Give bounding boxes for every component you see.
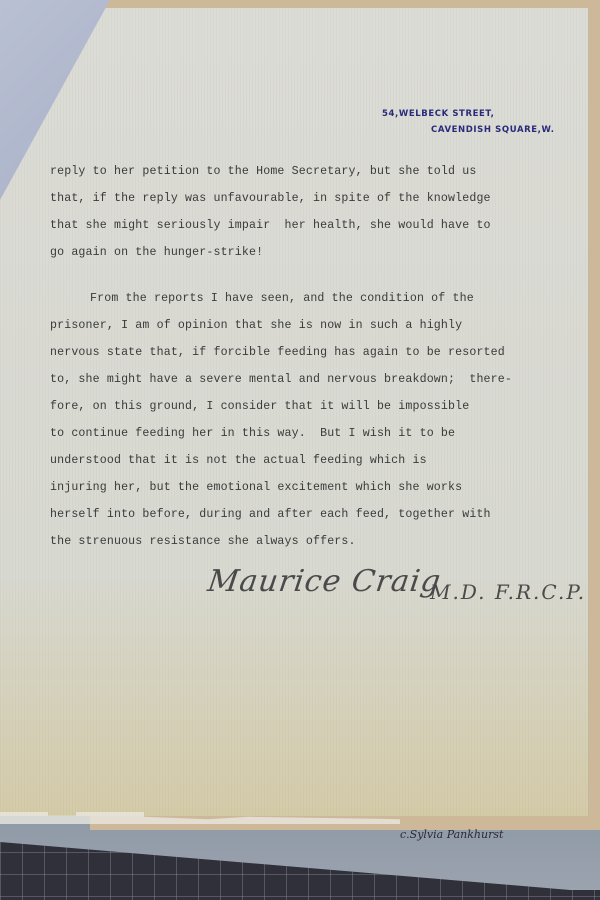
text-line: that, if the reply was unfavourable, in … — [50, 185, 590, 212]
text-line: nervous state that, if forcible feeding … — [50, 339, 590, 366]
text-line: From the reports I have seen, and the co… — [50, 285, 590, 312]
signature-credentials: M.D. F.R.C.P. — [430, 580, 586, 604]
letterhead-square: CAVENDISH SQUARE,W. — [431, 125, 555, 135]
text-line: go again on the hunger-strike! — [50, 239, 590, 266]
text-line: understood that it is not the actual fee… — [50, 447, 590, 474]
signature: Maurice Craig — [206, 564, 444, 599]
letter-body: reply to her petition to the Home Secret… — [50, 158, 590, 555]
text-line: reply to her petition to the Home Secret… — [50, 158, 590, 185]
text-line: that she might seriously impair her heal… — [50, 212, 590, 239]
text-line: prisoner, I am of opinion that she is no… — [50, 312, 590, 339]
paragraph-1: reply to her petition to the Home Secret… — [50, 158, 590, 266]
letter-page: 54,WELBECK STREET, CAVENDISH SQUARE,W. r… — [0, 8, 589, 816]
text-line: herself into before, during and after ea… — [50, 501, 590, 528]
text-line: to, she might have a severe mental and n… — [50, 366, 590, 393]
letterhead-street: 54,WELBECK STREET, — [382, 109, 494, 119]
document-photo: 54,WELBECK STREET, CAVENDISH SQUARE,W. r… — [0, 0, 600, 900]
text-line: injuring her, but the emotional exciteme… — [50, 474, 590, 501]
paragraph-2: From the reports I have seen, and the co… — [50, 285, 590, 555]
text-line: the strenuous resistance she always offe… — [50, 528, 590, 555]
text-line: fore, on this ground, I consider that it… — [50, 393, 590, 420]
pencil-annotation: c.Sylvia Pankhurst — [400, 828, 503, 841]
text-line: to continue feeding her in this way. But… — [50, 420, 590, 447]
